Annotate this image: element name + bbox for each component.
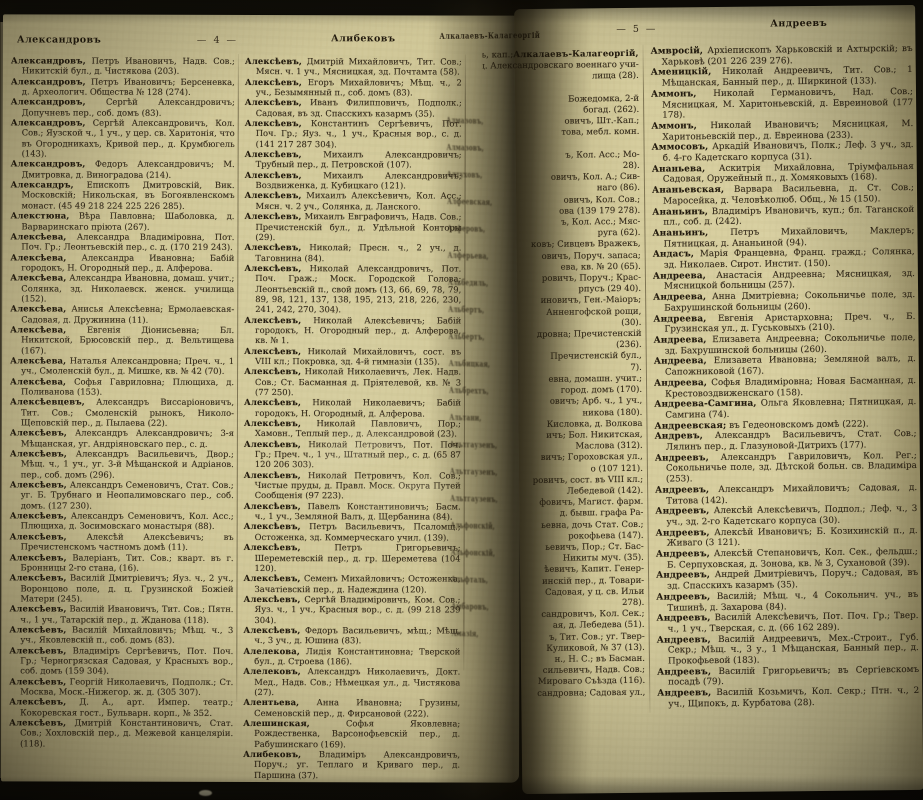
directory-entry: Андреевъ, Василій; Мѣщ. ч., 4 Сокольнич.… [656,590,918,614]
right-page: Алкалаевъ-Калагеоргій — 5 — Андреевъ Алм… [0,0,923,800]
directory-entry: Андревъ, Александръ Васильевичъ, Стат. С… [655,429,917,453]
directory-entry: Андреева, Анастасія Андреевна; Мясницкая… [653,269,915,293]
directory-entry-fragment: Садовая, у ц. св. Ильи [488,587,644,600]
directory-entry: Ананьинъ, Владиміръ Ивановичъ, куп.; бл.… [652,205,914,229]
directory-entry-fragment: това, мебл. комн. [483,127,639,140]
right-page-column-2: Амвросій, Архіепископъ Харьковскій и Ахт… [651,44,920,710]
directory-entry: Андреевъ, Василій Козьмичъ, Кол. Секр.; … [657,686,919,710]
directory-entry: Андреевъ, Александръ Гавриловичъ, Кол. Р… [655,451,917,486]
directory-entry: Андреевъ, Александръ Михайловичъ; Садова… [655,483,917,507]
directory-entry: Андреева, Евгенія Аристарховна; Преч. ч.… [653,312,915,336]
directory-entry: Ананьева, Аскитрія Михайловна, Тріумфаль… [652,162,914,186]
running-head-right-left: Алкалаевъ-Калагеоргій [439,30,540,41]
directory-entry: Андреевъ, Андрей Дмитріевичъ, Поруч.; Са… [656,568,918,592]
right-page-column-1: Алкалаевъ-Калагеоргій, Иванъ Николаевичъ… [483,49,646,713]
directory-entry: Андреева, Анна Дмитріевна; Сокольничье п… [653,290,915,314]
directory-entry-fragment: сандровна; Садовая ул., [489,687,645,700]
directory-entry: Аменицкій, Николай Андреевичъ, Тит. Сов.… [651,65,913,89]
directory-entry-fragment: Пречистенскій бул., [486,351,642,364]
directory-entry: Андасъ, Марія Францевна, Франц. гражд.; … [653,247,915,271]
directory-entry: Аммонъ, Николай Германовичъ, Над. Сов.; … [651,87,913,122]
paper-speck [199,790,212,796]
directory-entry-fragment: Анненгофской рощи, [485,306,641,319]
directory-entry: Ананьевская, Варвара Васильевна, д. Ст. … [652,183,914,207]
book-photo: Александровъ — 4 — Алибековъ Александров… [0,0,923,800]
directory-entry: Андреева, Софья Владиміровна; Новая Басм… [654,376,916,400]
directory-entry: Андреевъ, Василій Алексѣевичъ, Пот. Поч.… [656,611,918,635]
directory-entry-fragment: лища (28). [483,71,639,84]
directory-entry: Аммосовъ, Аркадій Ивановичъ, Полк.; Леф.… [652,140,914,164]
directory-entry-fragment: ъ, Кол. Асс.; Мо- [484,150,640,163]
directory-entry: Андреевъ, Василій Андреевичъ, Мех.-Строи… [657,633,919,668]
directory-entry: Андреевъ, Алексѣй Ивановичъ; Б. Козихинс… [656,526,918,550]
directory-entry: Андреева, Елизавета Ивановна; Земляной в… [654,354,916,378]
directory-entry: Андреевъ, Алексѣй Алексѣевичъ, Подпол.; … [655,504,917,528]
directory-entry: Андреевъ, Василій Григорьевичъ; въ Сергі… [657,665,919,689]
page-number-right: — 5 — [616,24,657,35]
running-head-right: Андреевъ [770,18,827,30]
directory-entry: Андреева-Самгина, Ольга Яковлевна; Пятни… [654,397,916,421]
